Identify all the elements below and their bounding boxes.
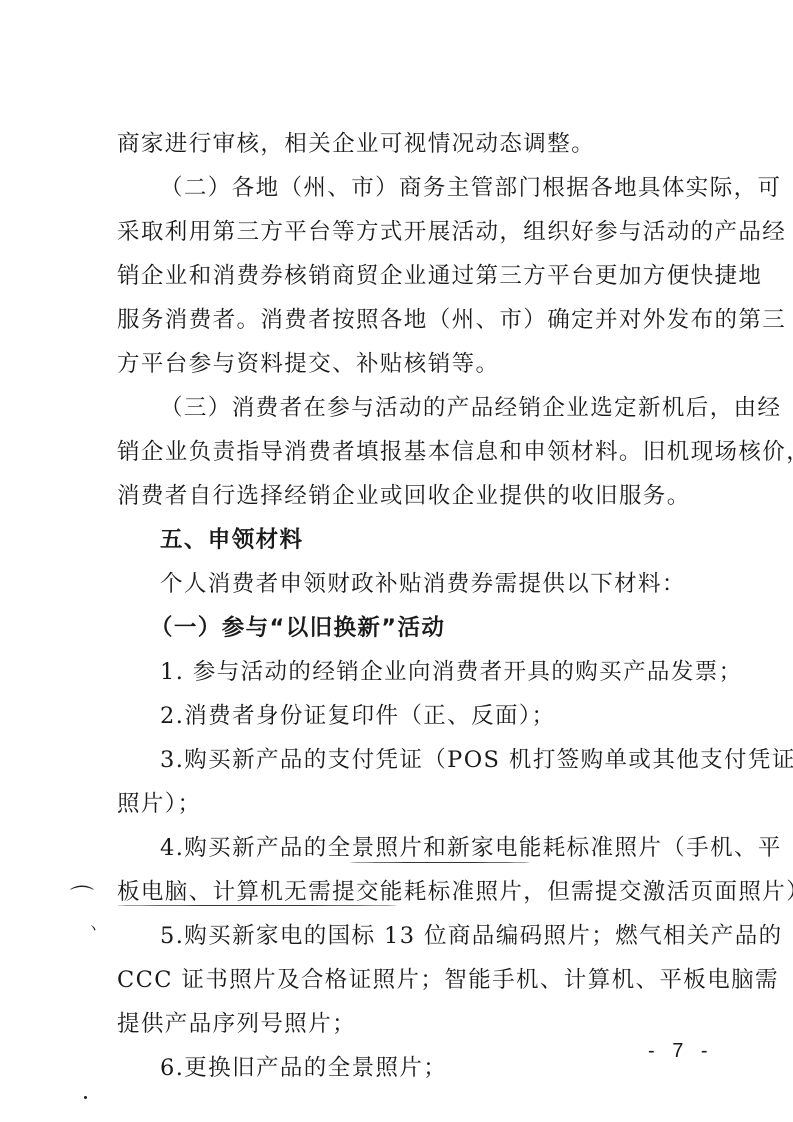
paragraph-line: 销企业负责指导消费者填报基本信息和申领材料。旧机现场核价， [117, 437, 793, 467]
paragraph-line: （二）各地（州、市）商务主管部门根据各地具体实际，可 [160, 173, 781, 203]
handwritten-underline-code [350, 862, 530, 863]
section-heading: 五、申领材料 [160, 525, 303, 555]
paragraph-line: 4.购买新产品的全景照片和新家电能耗标准照片（手机、平 [160, 833, 782, 863]
paragraph-line: 个人消费者申领财政补贴消费券需提供以下材料： [160, 569, 686, 599]
handwritten-tick-mark: ヽ [86, 918, 100, 938]
paragraph-line: 照片）； [117, 789, 201, 819]
paragraph-line: 商家进行审核，相关企业可视情况动态调整。 [117, 129, 595, 159]
paragraph-line: CCC 证书照片及合格证照片；智能手机、计算机、平板电脑需 [117, 965, 779, 995]
paragraph-line: 6.更换旧产品的全景照片； [160, 1053, 447, 1083]
section-heading: （一）参与“以旧换新”活动 [150, 613, 445, 643]
paragraph-line: 方平台参与资料提交、补贴核销等。 [117, 349, 499, 379]
paragraph-line: 服务消费者。消费者按照各地（州、市）确定并对外发布的第三 [117, 305, 786, 335]
paragraph-line: 消费者自行选择经销企业或回收企业提供的收旧服务。 [117, 481, 691, 511]
page-number: - 7 - [648, 1040, 714, 1063]
paragraph-line: 1. 参与活动的经销企业向消费者开具的购买产品发票； [160, 657, 743, 687]
handwritten-bracket-mark: ⌒ [70, 878, 94, 913]
handwritten-underline-ccc [117, 905, 397, 906]
scan-speck [84, 1096, 87, 1099]
paragraph-line: 板电脑、计算机无需提交能耗标准照片，但需提交激活页面照片）； [117, 877, 793, 907]
paragraph-line: 5.购买新家电的国标 13 位商品编码照片；燃气相关产品的 [160, 921, 783, 951]
paragraph-line: 销企业和消费券核销商贸企业通过第三方平台更加方便快捷地 [117, 261, 762, 291]
paragraph-line: 2.消费者身份证复印件（正、反面）； [160, 701, 555, 731]
paragraph-line: 提供产品序列号照片； [117, 1009, 356, 1039]
paragraph-line: 采取利用第三方平台等方式开展活动，组织好参与活动的产品经 [117, 217, 786, 247]
paragraph-line: 3.购买新产品的支付凭证（POS 机打签购单或其他支付凭证 [160, 745, 793, 775]
paragraph-line: （三）消费者在参与活动的产品经销企业选定新机后，由经 [160, 393, 781, 423]
